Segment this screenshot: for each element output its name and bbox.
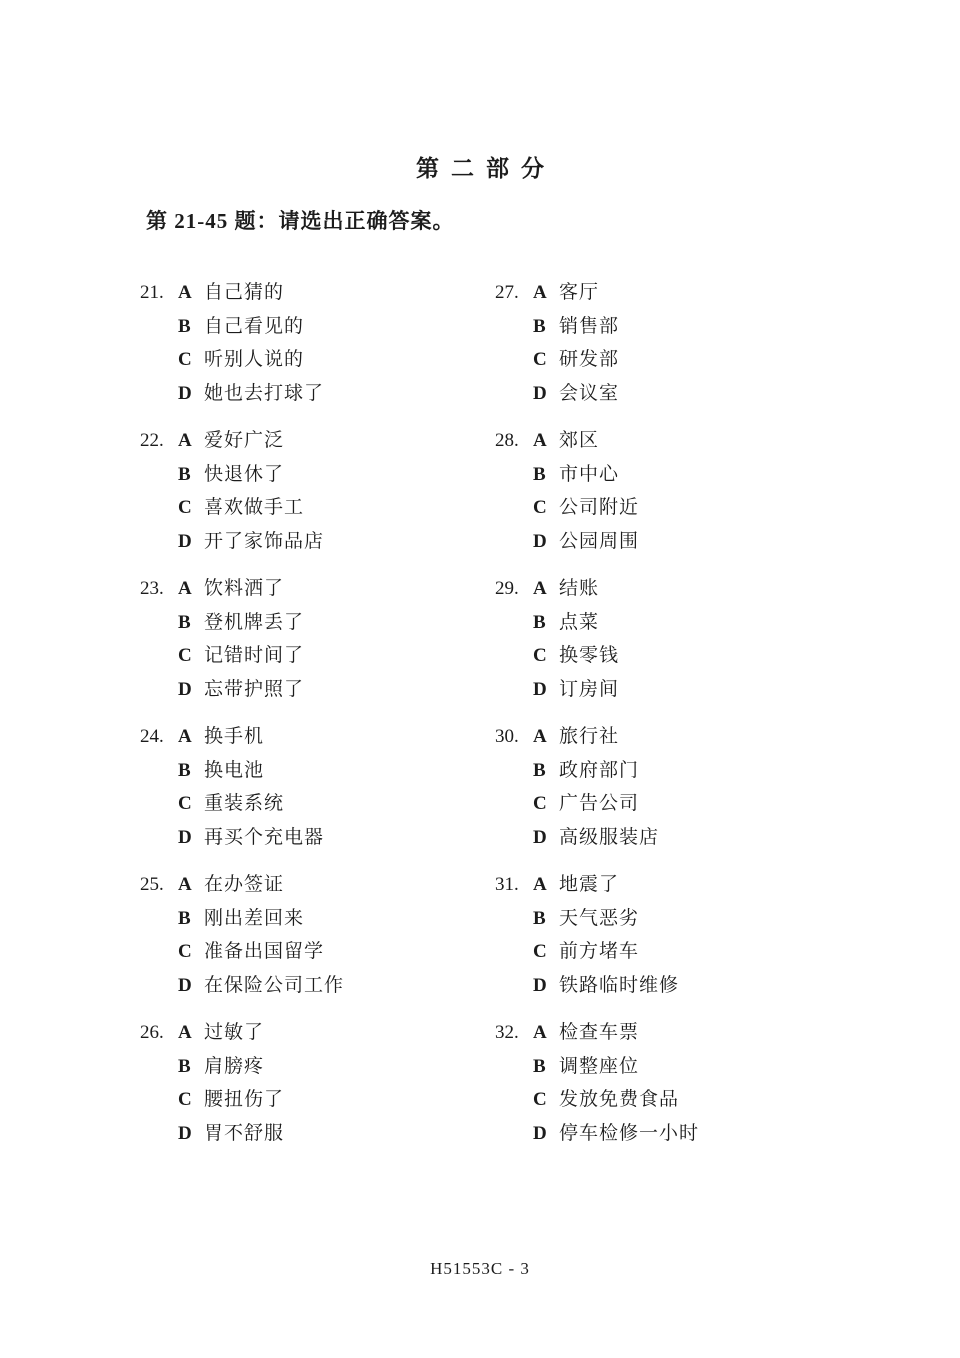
option-row: 30.A旅行社: [495, 720, 840, 754]
option-text: 市中心: [559, 458, 619, 492]
option-row: D胃不舒服: [140, 1117, 485, 1151]
option-text: 过敏了: [204, 1016, 264, 1050]
option-row: B快退休了: [140, 458, 485, 492]
option-letter: B: [533, 1050, 559, 1084]
option-letter: C: [533, 935, 559, 969]
option-row: B天气恶劣: [495, 902, 840, 936]
option-text: 换零钱: [559, 639, 619, 673]
option-letter: A: [178, 424, 204, 458]
option-text: 高级服装店: [559, 821, 659, 855]
option-row: D停车检修一小时: [495, 1117, 840, 1151]
option-letter: C: [533, 343, 559, 377]
option-letter: C: [178, 639, 204, 673]
option-text: 喜欢做手工: [204, 491, 304, 525]
questions-column-right: 27.A客厅B销售部C研发部D会议室28.A郊区B市中心C公司附近D公园周围29…: [495, 276, 840, 1164]
option-text: 她也去打球了: [204, 377, 324, 411]
question-block: 31.A地震了B天气恶劣C前方堵车D铁路临时维修: [495, 868, 840, 1002]
option-letter: A: [178, 868, 204, 902]
option-text: 在办签证: [204, 868, 284, 902]
option-text: 旅行社: [559, 720, 619, 754]
exam-page: 第二部分 第 21-45 题：请选出正确答案。 21.A自己猜的B自己看见的C听…: [0, 0, 960, 1358]
option-row: 29.A结账: [495, 572, 840, 606]
option-text: 郊区: [559, 424, 599, 458]
question-block: 28.A郊区B市中心C公司附近D公园周围: [495, 424, 840, 558]
question-block: 21.A自己猜的B自己看见的C听别人说的D她也去打球了: [140, 276, 485, 410]
option-row: D铁路临时维修: [495, 969, 840, 1003]
option-text: 会议室: [559, 377, 619, 411]
option-row: C公司附近: [495, 491, 840, 525]
question-block: 25.A在办签证B刚出差回来C准备出国留学D在保险公司工作: [140, 868, 485, 1002]
section-title: 第二部分: [0, 150, 960, 183]
option-letter: C: [178, 787, 204, 821]
option-text: 爱好广泛: [204, 424, 284, 458]
option-letter: D: [533, 525, 559, 559]
option-letter: A: [533, 1016, 559, 1050]
option-letter: D: [178, 1117, 204, 1151]
option-letter: B: [178, 902, 204, 936]
option-text: 腰扭伤了: [204, 1083, 284, 1117]
option-row: 23.A饮料洒了: [140, 572, 485, 606]
option-row: B换电池: [140, 754, 485, 788]
option-row: C重装系统: [140, 787, 485, 821]
option-text: 天气恶劣: [559, 902, 639, 936]
option-text: 再买个充电器: [204, 821, 324, 855]
option-row: B登机牌丢了: [140, 606, 485, 640]
option-letter: D: [533, 969, 559, 1003]
option-letter: A: [533, 276, 559, 310]
option-text: 快退休了: [204, 458, 284, 492]
option-row: B市中心: [495, 458, 840, 492]
option-text: 公司附近: [559, 491, 639, 525]
option-letter: A: [178, 276, 204, 310]
option-letter: C: [178, 491, 204, 525]
question-number: 26.: [140, 1016, 178, 1050]
option-row: D订房间: [495, 673, 840, 707]
option-letter: A: [178, 572, 204, 606]
option-letter: A: [533, 720, 559, 754]
question-block: 30.A旅行社B政府部门C广告公司D高级服装店: [495, 720, 840, 854]
option-text: 听别人说的: [204, 343, 304, 377]
option-letter: C: [533, 639, 559, 673]
question-number: 28.: [495, 424, 533, 458]
option-text: 自己看见的: [204, 310, 304, 344]
option-text: 点菜: [559, 606, 599, 640]
option-row: D开了家饰品店: [140, 525, 485, 559]
option-text: 研发部: [559, 343, 619, 377]
option-row: 27.A客厅: [495, 276, 840, 310]
option-row: B自己看见的: [140, 310, 485, 344]
option-row: B销售部: [495, 310, 840, 344]
option-letter: C: [533, 1083, 559, 1117]
option-row: D在保险公司工作: [140, 969, 485, 1003]
question-block: 23.A饮料洒了B登机牌丢了C记错时间了D忘带护照了: [140, 572, 485, 706]
option-text: 登机牌丢了: [204, 606, 304, 640]
question-number: 23.: [140, 572, 178, 606]
option-letter: B: [533, 310, 559, 344]
option-text: 订房间: [559, 673, 619, 707]
option-row: B刚出差回来: [140, 902, 485, 936]
option-letter: B: [533, 458, 559, 492]
question-block: 24.A换手机B换电池C重装系统D再买个充电器: [140, 720, 485, 854]
question-number: 21.: [140, 276, 178, 310]
option-row: D再买个充电器: [140, 821, 485, 855]
option-letter: D: [178, 525, 204, 559]
option-letter: D: [533, 1117, 559, 1151]
page-footer-code: H51553C - 3: [0, 1259, 960, 1279]
option-text: 检查车票: [559, 1016, 639, 1050]
option-row: C换零钱: [495, 639, 840, 673]
option-row: 22.A爱好广泛: [140, 424, 485, 458]
option-letter: B: [533, 902, 559, 936]
option-text: 胃不舒服: [204, 1117, 284, 1151]
option-row: D会议室: [495, 377, 840, 411]
option-text: 调整座位: [559, 1050, 639, 1084]
option-text: 自己猜的: [204, 276, 284, 310]
question-number: 32.: [495, 1016, 533, 1050]
option-letter: D: [178, 377, 204, 411]
option-row: C广告公司: [495, 787, 840, 821]
option-letter: A: [533, 424, 559, 458]
option-letter: D: [178, 821, 204, 855]
question-number: 29.: [495, 572, 533, 606]
option-text: 饮料洒了: [204, 572, 284, 606]
question-block: 26.A过敏了B肩膀疼C腰扭伤了D胃不舒服: [140, 1016, 485, 1150]
question-number: 30.: [495, 720, 533, 754]
option-letter: C: [178, 1083, 204, 1117]
option-row: B肩膀疼: [140, 1050, 485, 1084]
option-letter: B: [178, 310, 204, 344]
option-letter: B: [533, 606, 559, 640]
question-number: 22.: [140, 424, 178, 458]
option-text: 刚出差回来: [204, 902, 304, 936]
option-letter: A: [533, 572, 559, 606]
option-letter: B: [178, 754, 204, 788]
option-row: D公园周围: [495, 525, 840, 559]
option-row: C准备出国留学: [140, 935, 485, 969]
option-text: 开了家饰品店: [204, 525, 324, 559]
question-number: 31.: [495, 868, 533, 902]
option-row: C前方堵车: [495, 935, 840, 969]
option-row: D她也去打球了: [140, 377, 485, 411]
option-letter: C: [533, 491, 559, 525]
option-letter: D: [533, 821, 559, 855]
option-letter: D: [178, 673, 204, 707]
option-letter: A: [533, 868, 559, 902]
option-letter: B: [533, 754, 559, 788]
option-row: D忘带护照了: [140, 673, 485, 707]
option-text: 重装系统: [204, 787, 284, 821]
option-row: B政府部门: [495, 754, 840, 788]
option-text: 销售部: [559, 310, 619, 344]
option-row: 26.A过敏了: [140, 1016, 485, 1050]
option-letter: C: [178, 343, 204, 377]
option-text: 准备出国留学: [204, 935, 324, 969]
option-letter: B: [178, 1050, 204, 1084]
option-text: 停车检修一小时: [559, 1117, 699, 1151]
option-text: 广告公司: [559, 787, 639, 821]
question-block: 22.A爱好广泛B快退休了C喜欢做手工D开了家饰品店: [140, 424, 485, 558]
option-row: 21.A自己猜的: [140, 276, 485, 310]
option-text: 忘带护照了: [204, 673, 304, 707]
section-instruction: 第 21-45 题：请选出正确答案。: [146, 205, 455, 235]
option-text: 发放免费食品: [559, 1083, 679, 1117]
option-text: 换电池: [204, 754, 264, 788]
option-row: 31.A地震了: [495, 868, 840, 902]
option-row: C发放免费食品: [495, 1083, 840, 1117]
option-text: 政府部门: [559, 754, 639, 788]
option-letter: C: [178, 935, 204, 969]
question-number: 27.: [495, 276, 533, 310]
question-number: 24.: [140, 720, 178, 754]
option-text: 结账: [559, 572, 599, 606]
option-row: 25.A在办签证: [140, 868, 485, 902]
option-row: 32.A检查车票: [495, 1016, 840, 1050]
option-row: C喜欢做手工: [140, 491, 485, 525]
option-row: C听别人说的: [140, 343, 485, 377]
option-text: 在保险公司工作: [204, 969, 344, 1003]
option-letter: A: [178, 720, 204, 754]
option-row: 24.A换手机: [140, 720, 485, 754]
question-block: 29.A结账B点菜C换零钱D订房间: [495, 572, 840, 706]
option-letter: C: [533, 787, 559, 821]
question-block: 32.A检查车票B调整座位C发放免费食品D停车检修一小时: [495, 1016, 840, 1150]
option-text: 前方堵车: [559, 935, 639, 969]
option-text: 肩膀疼: [204, 1050, 264, 1084]
option-row: C研发部: [495, 343, 840, 377]
option-row: B调整座位: [495, 1050, 840, 1084]
questions-column-left: 21.A自己猜的B自己看见的C听别人说的D她也去打球了22.A爱好广泛B快退休了…: [140, 276, 485, 1164]
option-text: 客厅: [559, 276, 599, 310]
option-row: D高级服装店: [495, 821, 840, 855]
option-row: C腰扭伤了: [140, 1083, 485, 1117]
option-letter: D: [178, 969, 204, 1003]
option-letter: D: [533, 377, 559, 411]
option-letter: A: [178, 1016, 204, 1050]
option-text: 换手机: [204, 720, 264, 754]
question-block: 27.A客厅B销售部C研发部D会议室: [495, 276, 840, 410]
option-text: 铁路临时维修: [559, 969, 679, 1003]
option-row: B点菜: [495, 606, 840, 640]
option-letter: B: [178, 458, 204, 492]
option-text: 记错时间了: [204, 639, 304, 673]
option-text: 地震了: [559, 868, 619, 902]
option-row: 28.A郊区: [495, 424, 840, 458]
question-number: 25.: [140, 868, 178, 902]
option-letter: D: [533, 673, 559, 707]
option-letter: B: [178, 606, 204, 640]
option-text: 公园周围: [559, 525, 639, 559]
option-row: C记错时间了: [140, 639, 485, 673]
